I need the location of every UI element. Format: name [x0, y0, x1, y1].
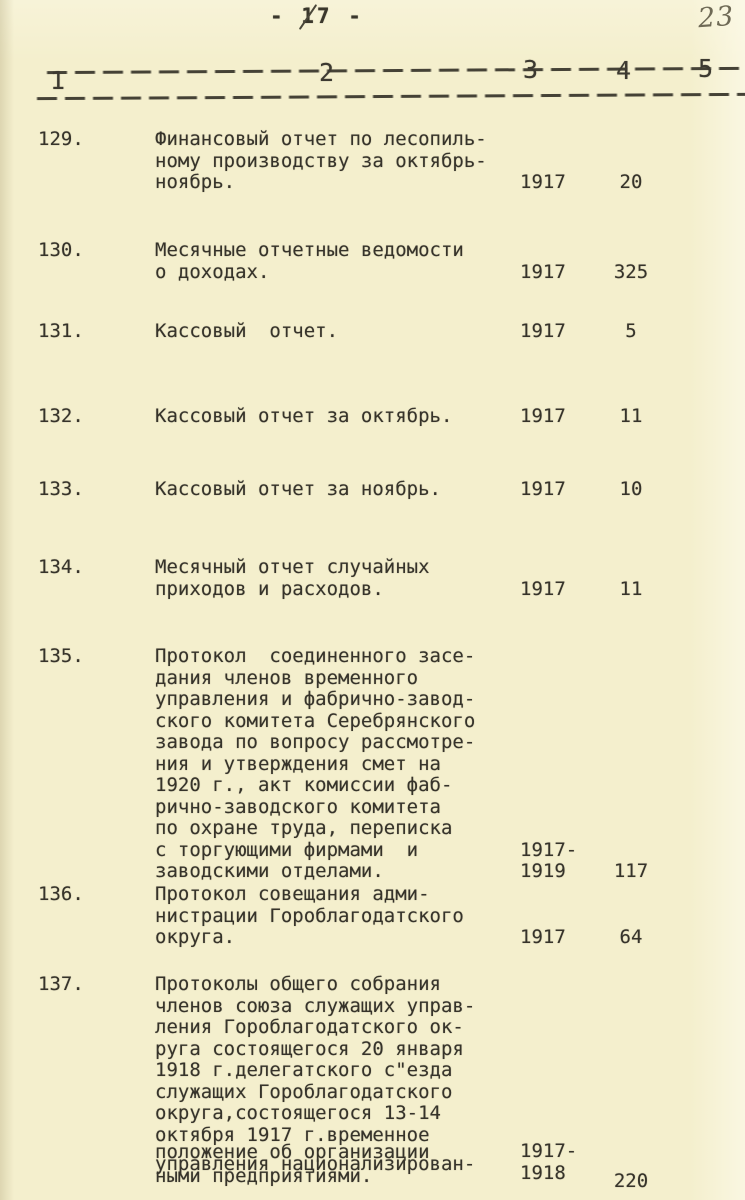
- entry-number: 133.: [38, 479, 155, 501]
- entry-number: 136.: [38, 884, 155, 906]
- entry-number: 135.: [38, 646, 155, 668]
- entry-number: 132.: [38, 406, 155, 428]
- entry-page-count: 325: [602, 262, 660, 284]
- entry-description-text: Месячный отчет случайных приходов и расх…: [155, 556, 430, 600]
- table-row: 136.Протокол совещания адми- нистрации Г…: [0, 884, 745, 949]
- entry-year: 1917: [520, 579, 602, 601]
- entry-description-text: Кассовый отчет за ноябрь.: [155, 478, 441, 500]
- page-title: - 17 -: [270, 4, 364, 28]
- entry-page-count: 11: [602, 579, 660, 601]
- table-row: 133.Кассовый отчет за ноябрь.191710: [0, 479, 745, 501]
- entry-description-text: Кассовый отчет.: [155, 320, 338, 342]
- table-header-rule-top: [46, 67, 745, 74]
- entry-number: 134.: [38, 557, 155, 579]
- entry-number: 129.: [38, 129, 155, 151]
- entry-number: 131.: [38, 321, 155, 343]
- entry-page-count: 20: [602, 172, 660, 194]
- column-number-1: 1: [50, 66, 65, 95]
- entry-year: 1917: [520, 321, 602, 343]
- entry-year: 1917: [520, 927, 602, 949]
- entry-page-count: 64: [602, 927, 660, 949]
- entry-description: Финансовый отчет по лесопиль- ному произ…: [155, 129, 520, 194]
- entry-year: 1917: [520, 172, 602, 194]
- table-row: 135.Протокол соединенного засе- дания чл…: [0, 646, 745, 883]
- table-row: 129.Финансовый отчет по лесопиль- ному п…: [0, 129, 745, 194]
- table-row: 137.Протоколы общего собрания членов сою…: [0, 974, 745, 1182]
- entry-year: 1917: [520, 479, 602, 501]
- entry-description-text: Финансовый отчет по лесопиль- ному произ…: [155, 128, 487, 193]
- entry-description-overstruck-text: положение об организации управления наци…: [155, 1146, 520, 1182]
- entry-description: Протоколы общего собрания членов союза с…: [155, 974, 520, 1182]
- table-row: 134.Месячный отчет случайных приходов и …: [0, 557, 745, 600]
- entry-description: Протокол совещания адми- нистрации Гороб…: [155, 884, 520, 949]
- entry-description: Месячные отчетные ведомости о доходах.: [155, 240, 520, 283]
- table-row: 132.Кассовый отчет за октябрь.191711: [0, 406, 745, 428]
- column-number-4: 4: [616, 56, 631, 85]
- entry-page-count: 220: [602, 1171, 660, 1193]
- entry-description-text: Протоколы общего собрания членов союза с…: [155, 973, 475, 1146]
- entry-page-count: 10: [602, 479, 660, 501]
- entry-description-text: Протокол совещания адми- нистрации Гороб…: [155, 883, 464, 948]
- column-number-3: 3: [523, 55, 538, 84]
- entry-year: 1917: [520, 262, 602, 284]
- entry-number: 137.: [38, 974, 155, 996]
- table-row: 130.Месячные отчетные ведомости о дохода…: [0, 240, 745, 283]
- entry-number: 130.: [38, 240, 155, 262]
- entry-page-count: 5: [602, 321, 660, 343]
- table-header-rule-bottom: [36, 93, 745, 100]
- entry-description: Кассовый отчет за октябрь.: [155, 406, 520, 428]
- document-page: - 17 - 23 1 2 3 4 5 129.Финансовый отчет…: [0, 0, 745, 1200]
- entry-year: 1917- 1919: [520, 840, 602, 883]
- entry-year: 1917: [520, 406, 602, 428]
- entry-description: Протокол соединенного засе- дания членов…: [155, 646, 520, 883]
- column-number-2: 2: [319, 58, 334, 87]
- handwritten-folio-number: 23: [697, 1, 735, 34]
- entry-year: 1917- 1918: [520, 1141, 602, 1184]
- entry-description: Кассовый отчет.: [155, 321, 520, 343]
- entry-description-text: Кассовый отчет за октябрь.: [155, 405, 452, 427]
- column-number-5: 5: [698, 54, 713, 83]
- entry-description-text: Месячные отчетные ведомости о доходах.: [155, 239, 464, 283]
- entry-description: Кассовый отчет за ноябрь.: [155, 479, 520, 501]
- table-row: 131.Кассовый отчет.19175: [0, 321, 745, 343]
- entry-page-count: 11: [602, 406, 660, 428]
- entry-description: Месячный отчет случайных приходов и расх…: [155, 557, 520, 600]
- entry-page-count: 117: [602, 861, 660, 883]
- entry-description-text: Протокол соединенного засе- дания членов…: [155, 645, 475, 882]
